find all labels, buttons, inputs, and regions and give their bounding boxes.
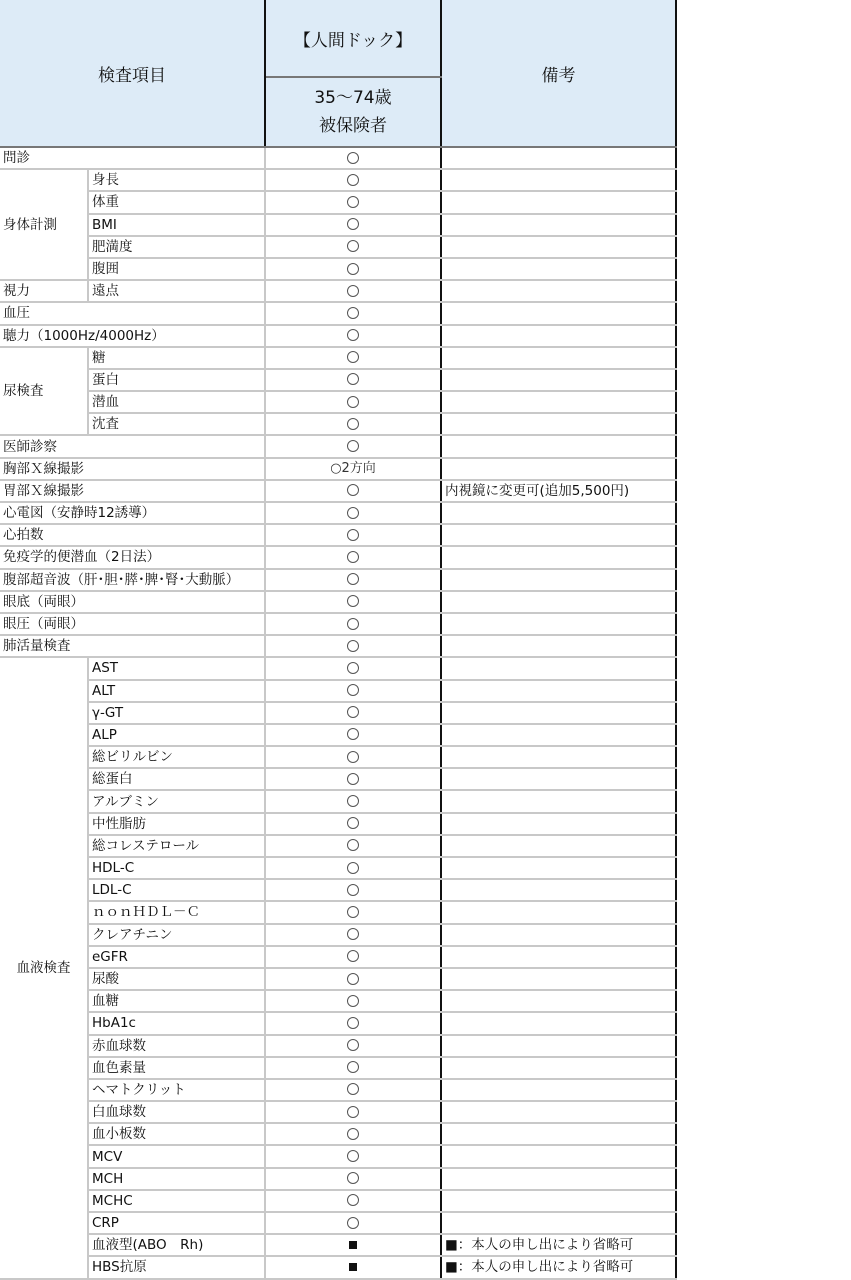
exam-item-cell: 医師診察 <box>0 435 265 457</box>
dock-mark-cell <box>265 258 441 280</box>
table-row: 沈査 <box>0 413 676 435</box>
circle-mark-icon <box>347 884 359 896</box>
exam-subitem-cell: 蛋白 <box>88 369 265 391</box>
dock-mark-cell <box>265 1123 441 1145</box>
table-row: 総蛋白 <box>0 768 676 790</box>
exam-subitem-cell: MCV <box>88 1145 265 1167</box>
note-cell <box>441 879 676 901</box>
note-cell <box>441 901 676 923</box>
circle-mark-icon <box>347 152 359 164</box>
circle-mark-icon <box>347 684 359 696</box>
note-cell <box>441 591 676 613</box>
table-row: MCHC <box>0 1190 676 1212</box>
circle-mark-icon <box>347 862 359 874</box>
exam-subitem-cell: 血色素量 <box>88 1057 265 1079</box>
table-row: 潜血 <box>0 391 676 413</box>
exam-subitem-cell: 総蛋白 <box>88 768 265 790</box>
dock-mark-cell <box>265 680 441 702</box>
table-row: 血小板数 <box>0 1123 676 1145</box>
table-row: 血圧 <box>0 302 676 324</box>
circle-mark-icon <box>347 551 359 563</box>
table-row: ALP <box>0 724 676 746</box>
exam-category-cell: 尿検査 <box>0 347 88 436</box>
note-cell <box>441 280 676 302</box>
dock-mark-cell <box>265 546 441 568</box>
dock-mark-cell <box>265 1101 441 1123</box>
note-cell <box>441 191 676 213</box>
dock-mark-cell <box>265 901 441 923</box>
circle-mark-icon <box>347 817 359 829</box>
exam-subitem-cell: 遠点 <box>88 280 265 302</box>
circle-mark-icon <box>347 706 359 718</box>
exam-subitem-cell: ヘマトクリット <box>88 1079 265 1101</box>
table-row: 眼圧（両眼） <box>0 613 676 635</box>
dock-mark-cell <box>265 990 441 1012</box>
header-dock-target: 35～74歳 被保険者 <box>265 77 441 147</box>
dock-mark-cell <box>265 1012 441 1034</box>
note-cell <box>441 1079 676 1101</box>
table-row: 眼底（両眼） <box>0 591 676 613</box>
note-cell <box>441 147 676 169</box>
table-body: 問診身体計測身長体重BMI肥満度腹囲視力遠点血圧聴力（1000Hz/4000Hz… <box>0 147 676 1279</box>
table-row: アルブミン <box>0 790 676 812</box>
dock-mark-cell: ○2方向 <box>265 458 441 480</box>
exam-subitem-cell: 身長 <box>88 169 265 191</box>
table-row: クレアチニン <box>0 924 676 946</box>
note-cell <box>441 968 676 990</box>
table-row: BMI <box>0 214 676 236</box>
exam-subitem-cell: ｎｏｎＨＤＬ－Ｃ <box>88 901 265 923</box>
table-row: HbA1c <box>0 1012 676 1034</box>
circle-mark-icon <box>347 1217 359 1229</box>
note-cell <box>441 569 676 591</box>
exam-subitem-cell: 尿酸 <box>88 968 265 990</box>
header-notes: 備考 <box>441 0 676 147</box>
exam-item-cell: 心電図（安静時12誘導） <box>0 502 265 524</box>
exam-item-cell: 肺活量検査 <box>0 635 265 657</box>
note-cell <box>441 1035 676 1057</box>
circle-mark-icon <box>347 928 359 940</box>
circle-mark-icon <box>347 1194 359 1206</box>
exam-subitem-cell: 血液型(ABO Rh) <box>88 1234 265 1256</box>
note-cell <box>441 835 676 857</box>
dock-mark-cell <box>265 1234 441 1256</box>
note-cell <box>441 1123 676 1145</box>
dock-mark-cell <box>265 924 441 946</box>
table-row: 医師診察 <box>0 435 676 457</box>
table-row: 肥満度 <box>0 236 676 258</box>
note-cell <box>441 702 676 724</box>
dock-mark-cell <box>265 169 441 191</box>
circle-mark-icon <box>347 950 359 962</box>
exam-subitem-cell: eGFR <box>88 946 265 968</box>
dock-mark-cell <box>265 835 441 857</box>
circle-mark-icon <box>347 218 359 230</box>
dock-mark-cell <box>265 236 441 258</box>
circle-mark-icon <box>347 751 359 763</box>
circle-mark-icon <box>347 418 359 430</box>
dock-mark-cell <box>265 369 441 391</box>
dock-mark-cell <box>265 613 441 635</box>
table-row: 総コレステロール <box>0 835 676 857</box>
note-cell <box>441 546 676 568</box>
table-row: 視力遠点 <box>0 280 676 302</box>
circle-mark-icon <box>347 573 359 585</box>
circle-mark-icon <box>347 1128 359 1140</box>
note-cell <box>441 325 676 347</box>
circle-mark-icon <box>347 285 359 297</box>
exam-subitem-cell: 中性脂肪 <box>88 813 265 835</box>
note-cell <box>441 990 676 1012</box>
dock-mark-cell <box>265 1190 441 1212</box>
note-cell <box>441 169 676 191</box>
exam-subitem-cell: HDL-C <box>88 857 265 879</box>
exam-category-cell-blood: 血液検査 <box>0 657 88 1278</box>
note-cell <box>441 258 676 280</box>
circle-mark-icon <box>347 640 359 652</box>
circle-mark-icon <box>347 1083 359 1095</box>
circle-mark-icon <box>347 240 359 252</box>
table-row: 尿検査糖 <box>0 347 676 369</box>
table-row: HBS抗原■：本人の申し出により省略可 <box>0 1256 676 1278</box>
exam-subitem-cell: 血小板数 <box>88 1123 265 1145</box>
dock-mark-cell <box>265 813 441 835</box>
circle-mark-icon <box>347 307 359 319</box>
dock-mark-cell <box>265 214 441 236</box>
dock-mark-cell <box>265 1057 441 1079</box>
exam-subitem-cell: BMI <box>88 214 265 236</box>
table-row: 胃部Ｘ線撮影内視鏡に変更可(追加5,500円) <box>0 480 676 502</box>
exam-subitem-cell: 白血球数 <box>88 1101 265 1123</box>
table-row: MCH <box>0 1168 676 1190</box>
table-row: ALT <box>0 680 676 702</box>
note-cell <box>441 1145 676 1167</box>
table-row: 血色素量 <box>0 1057 676 1079</box>
circle-mark-icon <box>347 1150 359 1162</box>
table-row: 総ビリルビン <box>0 746 676 768</box>
header-dock-title: 【人間ドック】 <box>265 0 441 77</box>
dock-mark-cell <box>265 968 441 990</box>
note-cell <box>441 635 676 657</box>
dock-mark-cell <box>265 302 441 324</box>
exam-subitem-cell: HBS抗原 <box>88 1256 265 1278</box>
exam-subitem-cell: クレアチニン <box>88 924 265 946</box>
circle-mark-icon <box>347 1017 359 1029</box>
note-cell <box>441 857 676 879</box>
note-cell <box>441 724 676 746</box>
table-row: 免疫学的便潜血（2日法） <box>0 546 676 568</box>
table-row: 聴力（1000Hz/4000Hz） <box>0 325 676 347</box>
exam-subitem-cell: 総ビリルビン <box>88 746 265 768</box>
exam-subitem-cell: HbA1c <box>88 1012 265 1034</box>
note-cell <box>441 413 676 435</box>
dock-mark-cell <box>265 1168 441 1190</box>
note-cell <box>441 524 676 546</box>
table-row: LDL-C <box>0 879 676 901</box>
note-cell <box>441 369 676 391</box>
note-cell: ■：本人の申し出により省略可 <box>441 1256 676 1278</box>
table-row: 身体計測身長 <box>0 169 676 191</box>
dock-mark-cell <box>265 790 441 812</box>
circle-mark-icon <box>347 440 359 452</box>
exam-item-cell: 腹部超音波（肝･胆･膵･脾･腎･大動脈） <box>0 569 265 591</box>
exam-subitem-cell: AST <box>88 657 265 679</box>
table-row: 赤血球数 <box>0 1035 676 1057</box>
dock-mark-cell <box>265 413 441 435</box>
dock-mark-cell <box>265 569 441 591</box>
table-row: 心電図（安静時12誘導） <box>0 502 676 524</box>
note-cell <box>441 302 676 324</box>
exam-subitem-cell: 糖 <box>88 347 265 369</box>
table-row: ｎｏｎＨＤＬ－Ｃ <box>0 901 676 923</box>
exam-subitem-cell: MCHC <box>88 1190 265 1212</box>
note-cell <box>441 613 676 635</box>
table-row: 血液検査AST <box>0 657 676 679</box>
note-cell <box>441 347 676 369</box>
header-exam-items: 検査項目 <box>0 0 265 147</box>
circle-mark-icon <box>347 396 359 408</box>
exam-subitem-cell: 体重 <box>88 191 265 213</box>
table-row: ヘマトクリット <box>0 1079 676 1101</box>
note-cell <box>441 768 676 790</box>
exam-subitem-cell: 赤血球数 <box>88 1035 265 1057</box>
dock-mark-cell <box>265 702 441 724</box>
exam-item-cell: 聴力（1000Hz/4000Hz） <box>0 325 265 347</box>
note-cell <box>441 1190 676 1212</box>
exam-subitem-cell: 沈査 <box>88 413 265 435</box>
exam-items-table: 検査項目 【人間ドック】 備考 35～74歳 被保険者 問診身体計測身長体重BM… <box>0 0 677 1280</box>
note-cell: 内視鏡に変更可(追加5,500円) <box>441 480 676 502</box>
note-cell <box>441 1212 676 1234</box>
note-cell <box>441 813 676 835</box>
dock-mark-cell <box>265 1035 441 1057</box>
circle-mark-icon <box>347 795 359 807</box>
note-cell <box>441 680 676 702</box>
note-cell <box>441 946 676 968</box>
exam-subitem-cell: 腹囲 <box>88 258 265 280</box>
circle-mark-icon <box>347 529 359 541</box>
table-row: 白血球数 <box>0 1101 676 1123</box>
circle-mark-icon <box>347 995 359 1007</box>
dock-mark-cell <box>265 347 441 369</box>
circle-mark-icon <box>347 728 359 740</box>
table-row: HDL-C <box>0 857 676 879</box>
dock-mark-cell <box>265 191 441 213</box>
circle-mark-icon <box>347 484 359 496</box>
note-cell <box>441 502 676 524</box>
dock-mark-cell <box>265 435 441 457</box>
square-mark-icon <box>349 1241 357 1249</box>
note-cell <box>441 1012 676 1034</box>
note-cell: ■：本人の申し出により省略可 <box>441 1234 676 1256</box>
exam-subitem-cell: 血糖 <box>88 990 265 1012</box>
dock-mark-cell <box>265 325 441 347</box>
dock-mark-cell <box>265 1256 441 1278</box>
table-row: 腹部超音波（肝･胆･膵･脾･腎･大動脈） <box>0 569 676 591</box>
exam-subitem-cell: アルブミン <box>88 790 265 812</box>
exam-subitem-cell: 総コレステロール <box>88 835 265 857</box>
table-row: eGFR <box>0 946 676 968</box>
table-row: 腹囲 <box>0 258 676 280</box>
exam-subitem-cell: CRP <box>88 1212 265 1234</box>
dock-mark-cell <box>265 635 441 657</box>
exam-subitem-cell: γ-GT <box>88 702 265 724</box>
circle-mark-icon <box>347 196 359 208</box>
note-cell <box>441 924 676 946</box>
dock-mark-cell <box>265 147 441 169</box>
circle-mark-icon <box>347 1039 359 1051</box>
table-row: MCV <box>0 1145 676 1167</box>
dock-mark-cell <box>265 724 441 746</box>
exam-item-cell: 問診 <box>0 147 265 169</box>
table-row: 尿酸 <box>0 968 676 990</box>
table-row: 蛋白 <box>0 369 676 391</box>
exam-item-cell: 免疫学的便潜血（2日法） <box>0 546 265 568</box>
dock-mark-text: ○2方向 <box>330 461 376 476</box>
dock-mark-cell <box>265 946 441 968</box>
table-row: CRP <box>0 1212 676 1234</box>
exam-item-cell: 胃部Ｘ線撮影 <box>0 480 265 502</box>
exam-item-cell: 心拍数 <box>0 524 265 546</box>
dock-mark-cell <box>265 768 441 790</box>
note-cell <box>441 458 676 480</box>
dock-mark-cell <box>265 1212 441 1234</box>
exam-item-cell: 眼底（両眼） <box>0 591 265 613</box>
circle-mark-icon <box>347 662 359 674</box>
dock-mark-cell <box>265 1145 441 1167</box>
circle-mark-icon <box>347 1172 359 1184</box>
note-cell <box>441 435 676 457</box>
exam-category-cell: 身体計測 <box>0 169 88 280</box>
circle-mark-icon <box>347 1106 359 1118</box>
note-cell <box>441 657 676 679</box>
circle-mark-icon <box>347 618 359 630</box>
dock-mark-cell <box>265 502 441 524</box>
note-cell <box>441 790 676 812</box>
circle-mark-icon <box>347 263 359 275</box>
exam-subitem-cell: 潜血 <box>88 391 265 413</box>
table-row: 胸部Ｘ線撮影○2方向 <box>0 458 676 480</box>
note-cell <box>441 1057 676 1079</box>
square-mark-icon <box>349 1263 357 1271</box>
circle-mark-icon <box>347 351 359 363</box>
circle-mark-icon <box>347 373 359 385</box>
table-row: 心拍数 <box>0 524 676 546</box>
circle-mark-icon <box>347 1061 359 1073</box>
dock-mark-cell <box>265 480 441 502</box>
circle-mark-icon <box>347 174 359 186</box>
table-row: γ-GT <box>0 702 676 724</box>
exam-item-cell: 胸部Ｘ線撮影 <box>0 458 265 480</box>
circle-mark-icon <box>347 906 359 918</box>
exam-subitem-cell: LDL-C <box>88 879 265 901</box>
note-cell <box>441 214 676 236</box>
note-cell <box>441 746 676 768</box>
table-row: 問診 <box>0 147 676 169</box>
dock-mark-cell <box>265 657 441 679</box>
dock-mark-cell <box>265 391 441 413</box>
header-dock-age: 35～74歳 <box>266 84 440 112</box>
note-cell <box>441 236 676 258</box>
dock-mark-cell <box>265 746 441 768</box>
table-row: 血液型(ABO Rh)■：本人の申し出により省略可 <box>0 1234 676 1256</box>
dock-mark-cell <box>265 591 441 613</box>
table-row: 体重 <box>0 191 676 213</box>
note-cell <box>441 1101 676 1123</box>
dock-mark-cell <box>265 1079 441 1101</box>
circle-mark-icon <box>347 773 359 785</box>
exam-category-cell: 視力 <box>0 280 88 302</box>
circle-mark-icon <box>347 595 359 607</box>
table-row: 血糖 <box>0 990 676 1012</box>
dock-mark-cell <box>265 280 441 302</box>
exam-item-cell: 眼圧（両眼） <box>0 613 265 635</box>
dock-mark-cell <box>265 857 441 879</box>
exam-subitem-cell: MCH <box>88 1168 265 1190</box>
dock-mark-cell <box>265 524 441 546</box>
exam-subitem-cell: ALT <box>88 680 265 702</box>
circle-mark-icon <box>347 507 359 519</box>
table-row: 肺活量検査 <box>0 635 676 657</box>
circle-mark-icon <box>347 329 359 341</box>
dock-mark-cell <box>265 879 441 901</box>
exam-item-cell: 血圧 <box>0 302 265 324</box>
note-cell <box>441 1168 676 1190</box>
header-dock-insured: 被保険者 <box>266 112 440 140</box>
note-cell <box>441 391 676 413</box>
table-row: 中性脂肪 <box>0 813 676 835</box>
circle-mark-icon <box>347 973 359 985</box>
exam-subitem-cell: 肥満度 <box>88 236 265 258</box>
exam-subitem-cell: ALP <box>88 724 265 746</box>
circle-mark-icon <box>347 839 359 851</box>
